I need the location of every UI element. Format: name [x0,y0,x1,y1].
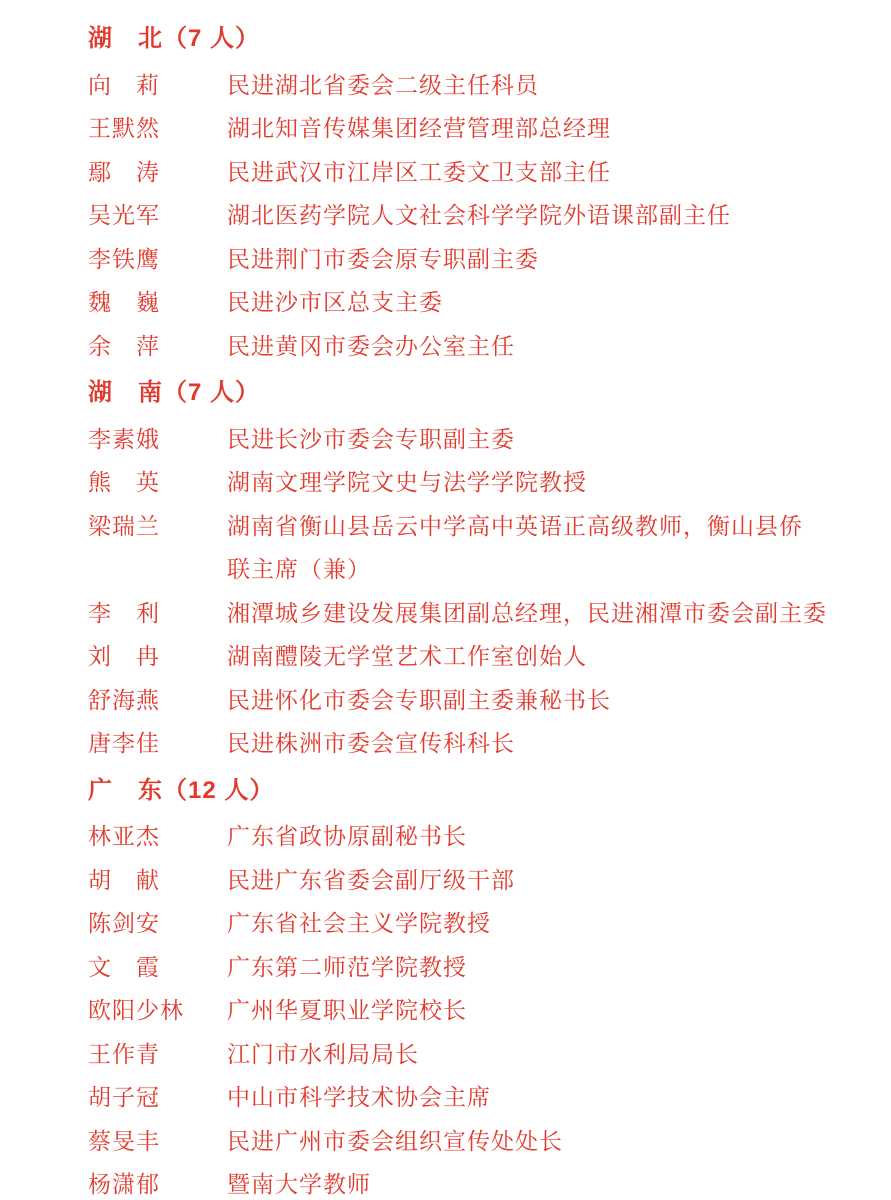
person-title: 民进沙市区总支主委 [227,281,866,325]
person-row: 唐李佳 民进株洲市委会宣传科科长 [88,722,866,766]
person-name: 王作青 [88,1033,227,1077]
person-name: 陈剑安 [88,902,227,946]
person-name: 梁瑞兰 [88,505,227,549]
person-row: 熊 英 湖南文理学院文史与法学学院教授 [88,461,866,505]
entry-list: 林亚杰 广东省政协原副秘书长 胡 献 民进广东省委会副厅级干部 陈剑安 广东省社… [88,815,866,1200]
document-page: 湖 北（7 人） 向 莉 民进湖北省委会二级主任科员 王默然 湖北知音传媒集团经… [0,0,891,1200]
person-name: 熊 英 [88,461,227,505]
person-title: 湖南文理学院文史与法学学院教授 [227,461,866,505]
person-name: 鄢 涛 [88,151,227,195]
person-name: 欧阳少林 [88,989,227,1033]
person-title: 民进株洲市委会宣传科科长 [227,722,866,766]
person-row: 李 利 湘潭城乡建设发展集团副总经理，民进湘潭市委会副主委 [88,592,866,636]
province-heading: 湖 北（7 人） [88,17,866,61]
person-name: 蔡旻丰 [88,1120,227,1164]
person-title: 广东省政协原副秘书长 [227,815,866,859]
person-row: 舒海燕 民进怀化市委会专职副主委兼秘书长 [88,679,866,723]
person-name: 刘 冉 [88,635,227,679]
person-row: 胡子冠 中山市科学技术协会主席 [88,1076,866,1120]
person-row: 文 霞 广东第二师范学院教授 [88,946,866,990]
person-row: 王默然 湖北知音传媒集团经营管理部总经理 [88,107,866,151]
person-row: 李铁鹰 民进荆门市委会原专职副主委 [88,238,866,282]
person-row: 梁瑞兰 湖南省衡山县岳云中学高中英语正高级教师，衡山县侨 联主席（兼） [88,505,866,592]
person-title: 江门市水利局局长 [227,1033,866,1077]
province-section: 广 东（12 人） 林亚杰 广东省政协原副秘书长 胡 献 民进广东省委会副厅级干… [88,769,866,1200]
province-heading: 广 东（12 人） [88,769,866,813]
person-name: 李铁鹰 [88,238,227,282]
person-row: 向 莉 民进湖北省委会二级主任科员 [88,64,866,108]
person-name: 向 莉 [88,64,227,108]
person-title: 广东第二师范学院教授 [227,946,866,990]
entry-list: 向 莉 民进湖北省委会二级主任科员 王默然 湖北知音传媒集团经营管理部总经理 鄢… [88,64,866,369]
person-name: 唐李佳 [88,722,227,766]
person-row: 王作青 江门市水利局局长 [88,1033,866,1077]
person-name: 余 萍 [88,325,227,369]
person-title: 湖南省衡山县岳云中学高中英语正高级教师，衡山县侨 联主席（兼） [227,505,866,592]
person-name: 杨潇郁 [88,1163,227,1200]
province-section: 湖 北（7 人） 向 莉 民进湖北省委会二级主任科员 王默然 湖北知音传媒集团经… [88,17,866,368]
person-name: 王默然 [88,107,227,151]
person-row: 蔡旻丰 民进广州市委会组织宣传处处长 [88,1120,866,1164]
person-row: 魏 巍 民进沙市区总支主委 [88,281,866,325]
person-name: 舒海燕 [88,679,227,723]
person-name: 文 霞 [88,946,227,990]
person-title: 广州华夏职业学院校长 [227,989,866,1033]
person-row: 陈剑安 广东省社会主义学院教授 [88,902,866,946]
person-row: 林亚杰 广东省政协原副秘书长 [88,815,866,859]
person-title: 湖北知音传媒集团经营管理部总经理 [227,107,866,151]
person-title: 暨南大学教师 [227,1163,866,1200]
person-row: 李素娥 民进长沙市委会专职副主委 [88,418,866,462]
person-name: 李 利 [88,592,227,636]
person-row: 余 萍 民进黄冈市委会办公室主任 [88,325,866,369]
entry-list: 李素娥 民进长沙市委会专职副主委 熊 英 湖南文理学院文史与法学学院教授 梁瑞兰… [88,418,866,766]
person-row: 刘 冉 湖南醴陵无学堂艺术工作室创始人 [88,635,866,679]
person-row: 欧阳少林 广州华夏职业学院校长 [88,989,866,1033]
person-name: 胡 献 [88,859,227,903]
province-heading: 湖 南（7 人） [88,371,866,415]
person-title: 中山市科学技术协会主席 [227,1076,866,1120]
person-title: 民进武汉市江岸区工委文卫支部主任 [227,151,866,195]
person-title: 民进荆门市委会原专职副主委 [227,238,866,282]
person-name: 魏 巍 [88,281,227,325]
person-row: 杨潇郁 暨南大学教师 [88,1163,866,1200]
person-title: 民进黄冈市委会办公室主任 [227,325,866,369]
sections-container: 湖 北（7 人） 向 莉 民进湖北省委会二级主任科员 王默然 湖北知音传媒集团经… [88,17,866,1200]
person-title: 民进广州市委会组织宣传处处长 [227,1120,866,1164]
person-title: 湖南醴陵无学堂艺术工作室创始人 [227,635,866,679]
person-row: 吴光军 湖北医药学院人文社会科学学院外语课部副主任 [88,194,866,238]
person-title: 民进长沙市委会专职副主委 [227,418,866,462]
person-title: 民进湖北省委会二级主任科员 [227,64,866,108]
person-name: 胡子冠 [88,1076,227,1120]
person-name: 李素娥 [88,418,227,462]
person-title: 湘潭城乡建设发展集团副总经理，民进湘潭市委会副主委 [227,592,866,636]
person-title: 民进怀化市委会专职副主委兼秘书长 [227,679,866,723]
person-row: 胡 献 民进广东省委会副厅级干部 [88,859,866,903]
person-title: 湖北医药学院人文社会科学学院外语课部副主任 [227,194,866,238]
person-name: 吴光军 [88,194,227,238]
person-row: 鄢 涛 民进武汉市江岸区工委文卫支部主任 [88,151,866,195]
province-section: 湖 南（7 人） 李素娥 民进长沙市委会专职副主委 熊 英 湖南文理学院文史与法… [88,371,866,766]
person-name: 林亚杰 [88,815,227,859]
person-title: 广东省社会主义学院教授 [227,902,866,946]
person-title: 民进广东省委会副厅级干部 [227,859,866,903]
